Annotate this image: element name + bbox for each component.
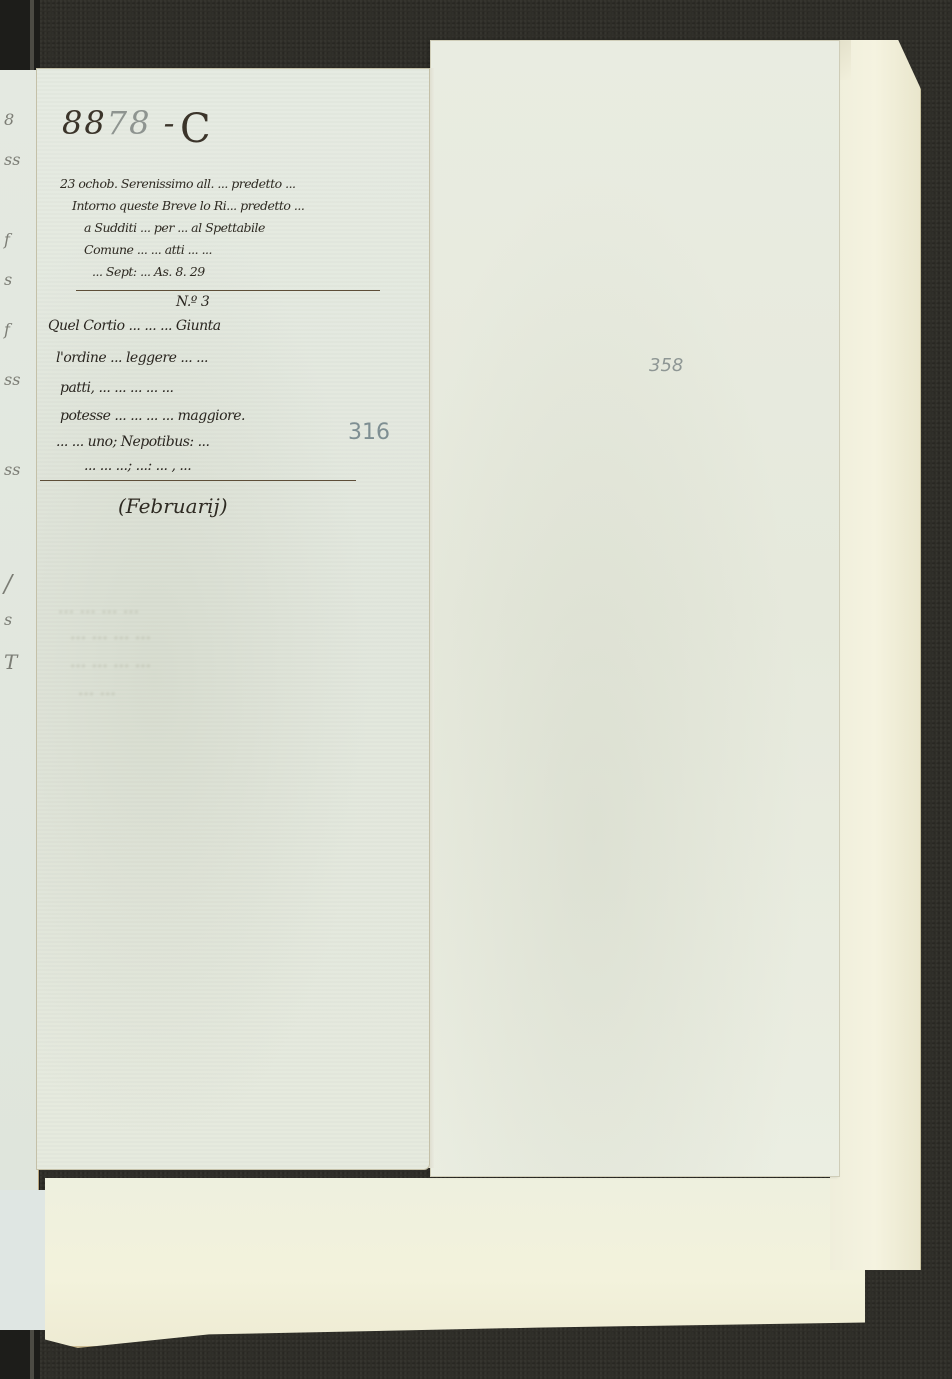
previous-page-sliver: 8 ss f s f ss ss / s T [0,70,39,1190]
entry-line: 23 ochob. Serenissimo all. ... predetto … [60,176,296,191]
divider-rule [76,290,380,291]
right-folded-sheet [830,40,921,1270]
entry-line: patti, ... ... ... ... ... [60,380,174,396]
right-blank-page: 358 [430,40,840,1177]
entry-line: a Sudditi ... per ... al Spettabile [84,220,265,235]
sliver-mark: / [4,570,12,598]
month-heading: (Februarij) [118,494,228,518]
folio-number: 8878 - [62,104,176,142]
cloth-hinge [0,1190,48,1330]
folio-number-ink: 88 [62,104,107,142]
sliver-mark: s [4,270,12,289]
entry-heading: N.º 3 [176,294,209,310]
entry-line: ... ... ...; ...: ... , ... [84,458,191,474]
sliver-mark: 8 [4,110,14,129]
ghost-line: ... ... [78,680,116,700]
entry-line: Quel Cortio ... ... ... Giunta [48,318,221,334]
ghost-line: ... ... ... ... [70,624,151,644]
sliver-mark: T [4,650,17,674]
folio-number-faint: 78 [107,104,152,142]
section-letter: C [180,106,211,152]
sliver-mark: ss [4,370,20,389]
entry-line: potesse ... ... ... ... maggiore. [60,408,245,424]
sliver-mark: f [4,320,10,339]
entry-line: ... Sept: ... As. 8. 29 [92,264,205,279]
marginal-number: 316 [348,420,390,445]
page-number: 358 [649,355,683,376]
sliver-mark: f [4,230,10,249]
ghost-line: ... ... ... ... [58,598,139,618]
entry-line: l'ordine ... leggere ... ... [56,350,208,366]
entry-line: Comune ... ... atti ... ... [84,242,212,257]
sliver-mark: ss [4,150,20,169]
divider-rule [40,480,356,481]
ghost-line: ... ... ... ... [70,652,151,672]
entry-line: Intorno queste Breve lo Ri... predetto .… [72,198,304,213]
entry-line: ... ... uno; Nepotibus: ... [56,434,209,450]
sliver-mark: ss [4,460,20,479]
sliver-mark: s [4,610,12,629]
backing-sheet [45,1178,865,1348]
